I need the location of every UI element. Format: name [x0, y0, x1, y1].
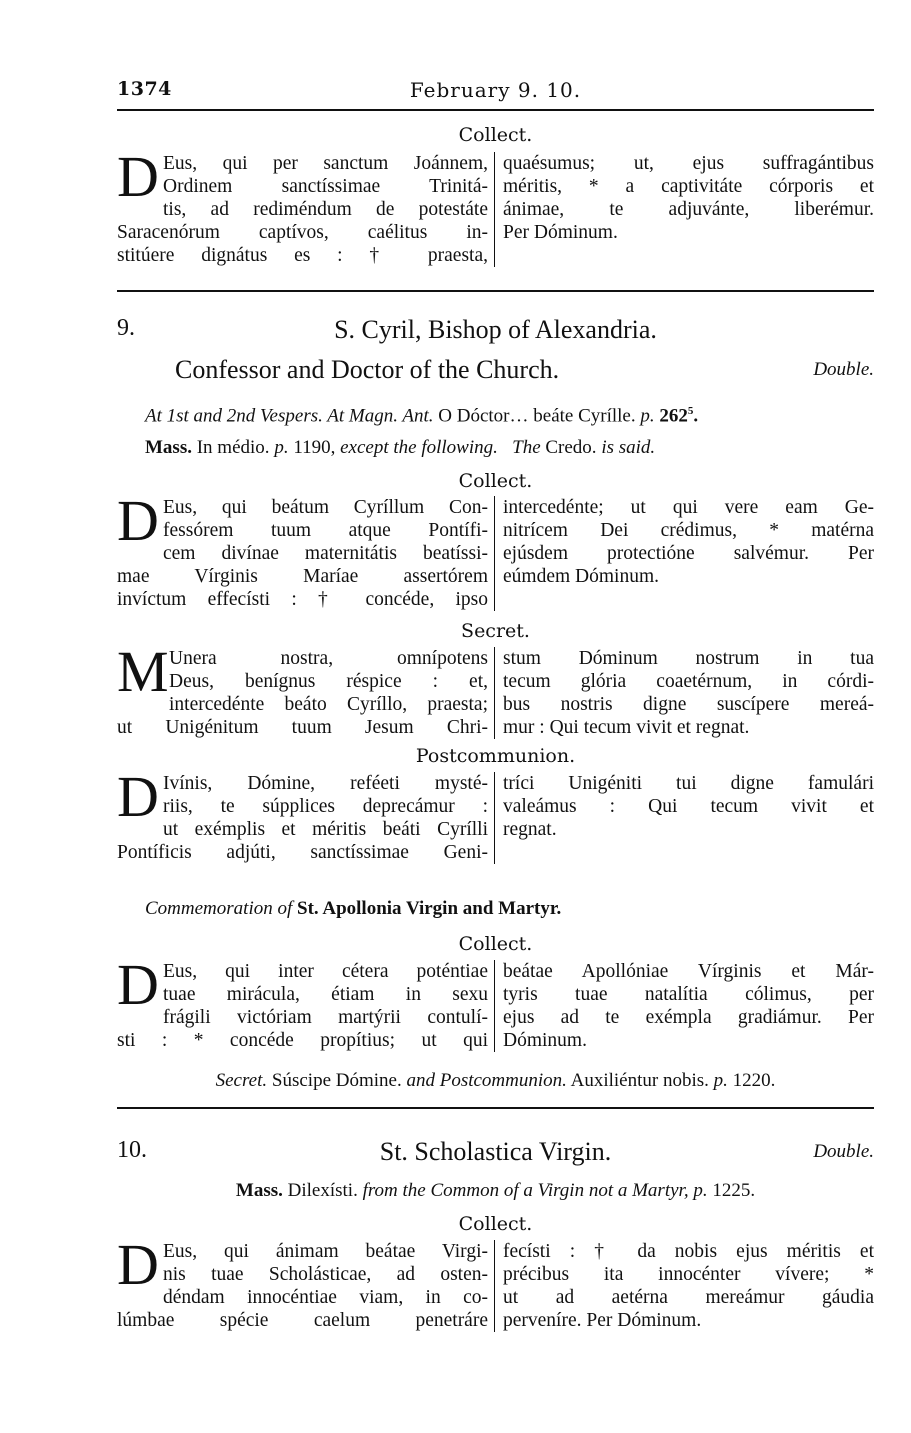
- section-heading-secret: Secret.: [117, 620, 874, 642]
- prayer-line: nis tuae Scholásticae, ad osten-: [117, 1263, 488, 1286]
- prayer-line: ut Unigénitum tuum Jesum Chri-: [117, 716, 488, 739]
- prayer-left-column: D Ivínis, Dómine, reféeti mysté- riis, t…: [117, 772, 495, 864]
- feast-title: S. Cyril, Bishop of Alexandria.: [117, 315, 874, 345]
- prayer-line: quaésumus; ut, ejus suffragántibus: [503, 152, 874, 175]
- prayer-line: cem divínae maternitátis beatíssi-: [117, 542, 488, 565]
- prayer-line: perveníre. Per Dóminum.: [503, 1309, 874, 1332]
- prayer-line: bus nostris digne suscípere mereá-: [503, 693, 874, 716]
- prayer-line: méritis, * a captivitáte córporis et: [503, 175, 874, 198]
- prayer-line: précibus ita innocénter vívere; *: [503, 1263, 874, 1286]
- prayer-right-column: tríci Unigéniti tui digne famulári valeá…: [495, 772, 874, 864]
- feast-heading-9: 9. S. Cyril, Bishop of Alexandria.: [117, 315, 874, 345]
- rubric-italic: p.: [714, 1070, 728, 1091]
- prayer-line: Eus, qui beátum Cyríllum Con-: [117, 496, 488, 519]
- page-ref: 1190,: [289, 437, 341, 458]
- running-head: 1374 February 9. 10.: [117, 78, 874, 100]
- rubric-italic: is said.: [601, 437, 655, 458]
- rubric-italic: and Postcommunion.: [406, 1070, 566, 1091]
- rubric-text: .: [693, 405, 698, 426]
- section-heading-collect: Collect.: [117, 470, 874, 492]
- feast-subtitle: Confessor and Doctor of the Church.: [175, 355, 911, 385]
- prayer-line: fessórem tuum atque Pontífi-: [117, 519, 488, 542]
- prayer-line: tis, ad rediméndum de potestáte: [117, 198, 488, 221]
- mass-rubric: Mass. Dilexísti. from the Common of a Vi…: [117, 1180, 874, 1202]
- section-heading-collect: Collect.: [117, 933, 874, 955]
- prayer-left-column: M Unera nostra, omnípotens Deus, benígnu…: [117, 647, 495, 739]
- prayer-right-column: intercedénte; ut qui vere eam Ge- nitríc…: [495, 496, 874, 611]
- prayer-left-column: D Eus, qui inter cétera poténtiae tuae m…: [117, 960, 495, 1052]
- prayer-line: fecísti : † da nobis ejus méritis et: [503, 1240, 874, 1263]
- prayer-line: mur : Qui tecum vivit et regnat.: [503, 716, 874, 739]
- prayer-line: Per Dóminum.: [503, 221, 874, 244]
- prayer-line: frágili victóriam martýrii contulí-: [117, 1006, 488, 1029]
- prayer-line: ejus ad te exémpla gradiámur. Per: [503, 1006, 874, 1029]
- prayer-line: ut ad aetérna mereámur gáudia: [503, 1286, 874, 1309]
- drop-cap: D: [117, 1242, 163, 1288]
- prayer-line: Eus, qui per sanctum Joánnem,: [117, 152, 488, 175]
- rubric-italic: except the following.: [340, 437, 498, 458]
- header-rule: [117, 109, 874, 111]
- page-ref: 1220.: [728, 1070, 776, 1091]
- collect-prayer-apollonia: D Eus, qui inter cétera poténtiae tuae m…: [117, 960, 874, 1052]
- collect-prayer-cyril: D Eus, qui beátum Cyríllum Con- fessórem…: [117, 496, 874, 611]
- prayer-line: Eus, qui ánimam beátae Virgi-: [117, 1240, 488, 1263]
- page-ref: 262: [655, 405, 688, 426]
- feast-rank: Double.: [813, 359, 874, 381]
- rubric-italic: At 1st and 2nd Vespers. At Magn. Ant.: [145, 405, 434, 426]
- collect-prayer-feb8: D Eus, qui per sanctum Joánnem, Ordinem …: [117, 152, 874, 267]
- section-rule: [117, 1107, 874, 1109]
- section-rule: [117, 290, 874, 292]
- prayer-right-column: fecísti : † da nobis ejus méritis et pré…: [495, 1240, 874, 1332]
- rubric-italic: The: [498, 437, 541, 458]
- prayer-line: tuae mirácula, étiam in sexu: [117, 983, 488, 1006]
- prayer-line: Ordinem sanctíssimae Trinitá-: [117, 175, 488, 198]
- drop-cap: D: [117, 154, 163, 200]
- prayer-line: nitrícem Dei crédimus, * matérna: [503, 519, 874, 542]
- rubric-text: O Dóctor… beáte Cyrílle.: [434, 405, 641, 426]
- prayer-line: intercedénte; ut qui vere eam Ge-: [503, 496, 874, 519]
- prayer-line: eúmdem Dóminum.: [503, 565, 874, 588]
- rubric-italic: from the Common of a Virgin not a Martyr…: [363, 1180, 708, 1201]
- rubric-bold: Mass.: [236, 1180, 283, 1201]
- commemoration-saint: St. Apollonia Virgin and Martyr.: [297, 898, 561, 919]
- prayer-line: invíctum effecísti : † concéde, ipso: [117, 588, 488, 611]
- mass-rubric: Mass. In médio. p. 1190, except the foll…: [145, 437, 902, 459]
- rubric-italic: Secret.: [216, 1070, 268, 1091]
- prayer-line: riis, te súpplices deprecámur :: [117, 795, 488, 818]
- section-heading-postcommunion: Postcommunion.: [117, 745, 874, 767]
- prayer-line: stitúere dignátus es : † praesta,: [117, 244, 488, 267]
- section-heading-collect: Collect.: [117, 1213, 874, 1235]
- feast-rank: Double.: [813, 1141, 874, 1163]
- prayer-line: mae Vírginis Maríae assertórem: [117, 565, 488, 588]
- secret-postcommunion-rubric: Secret. Súscipe Dómine. and Postcommunio…: [117, 1070, 874, 1092]
- feast-heading-10: 10. St. Scholastica Virgin. Double.: [117, 1137, 874, 1167]
- prayer-line: lúmbae spécie caelum penetráre: [117, 1309, 488, 1332]
- prayer-line: tyris tuae natalítia cólimus, per: [503, 983, 874, 1006]
- section-heading-collect: Collect.: [117, 124, 874, 146]
- prayer-right-column: beátae Apollóniae Vírginis et Már- tyris…: [495, 960, 874, 1052]
- prayer-line: valeámus : Qui tecum vivit et: [503, 795, 874, 818]
- postcommunion-prayer-cyril: D Ivínis, Dómine, reféeti mysté- riis, t…: [117, 772, 874, 864]
- prayer-line: intercedénte beáto Cyríllo, praesta;: [117, 693, 488, 716]
- prayer-line: tríci Unigéniti tui digne famulári: [503, 772, 874, 795]
- vespers-rubric: At 1st and 2nd Vespers. At Magn. Ant. O …: [145, 405, 902, 427]
- prayer-left-column: D Eus, qui beátum Cyríllum Con- fessórem…: [117, 496, 495, 611]
- feast-subtitle-row: Confessor and Doctor of the Church. Doub…: [117, 355, 874, 385]
- drop-cap: D: [117, 498, 163, 544]
- prayer-line: déndam innocéntiae viam, in co-: [117, 1286, 488, 1309]
- prayer-left-column: D Eus, qui per sanctum Joánnem, Ordinem …: [117, 152, 495, 267]
- rubric-italic: p.: [274, 437, 288, 458]
- prayer-line: Ivínis, Dómine, reféeti mysté-: [117, 772, 488, 795]
- prayer-line: Unera nostra, omnípotens: [117, 647, 488, 670]
- prayer-line: Eus, qui inter cétera poténtiae: [117, 960, 488, 983]
- rubric-text: Dilexísti.: [283, 1180, 363, 1201]
- prayer-line: ánimae, te adjuvánte, liberémur.: [503, 198, 874, 221]
- prayer-line: Dóminum.: [503, 1029, 874, 1052]
- prayer-line: regnat.: [503, 818, 874, 841]
- drop-cap: M: [117, 649, 169, 695]
- prayer-line: Deus, benígnus réspice : et,: [117, 670, 488, 693]
- prayer-line: sti : * concéde propítius; ut qui: [117, 1029, 488, 1052]
- page-ref: 1225.: [708, 1180, 756, 1201]
- prayer-right-column: quaésumus; ut, ejus suffragántibus mérit…: [495, 152, 874, 267]
- drop-cap: D: [117, 962, 163, 1008]
- prayer-line: tecum glória coaetérnum, in córdi-: [503, 670, 874, 693]
- rubric-text: Auxiliéntur nobis.: [567, 1070, 714, 1091]
- prayer-line: Pontíficis adjúti, sanctíssimae Geni-: [117, 841, 488, 864]
- rubric-text: Súscipe Dómine.: [267, 1070, 406, 1091]
- prayer-left-column: D Eus, qui ánimam beátae Virgi- nis tuae…: [117, 1240, 495, 1332]
- rubric-italic: p.: [640, 405, 654, 426]
- running-title: February 9. 10.: [117, 78, 874, 102]
- rubric-bold: Mass.: [145, 437, 192, 458]
- commemoration-heading: Commemoration of St. Apollonia Virgin an…: [145, 898, 902, 920]
- secret-prayer-cyril: M Unera nostra, omnípotens Deus, benígnu…: [117, 647, 874, 739]
- drop-cap: D: [117, 774, 163, 820]
- prayer-line: beátae Apollóniae Vírginis et Már-: [503, 960, 874, 983]
- collect-prayer-scholastica: D Eus, qui ánimam beátae Virgi- nis tuae…: [117, 1240, 874, 1332]
- prayer-line: Saracenórum captívos, caélitus in-: [117, 221, 488, 244]
- rubric-text: In médio.: [192, 437, 274, 458]
- prayer-right-column: stum Dóminum nostrum in tua tecum glória…: [495, 647, 874, 739]
- prayer-line: stum Dóminum nostrum in tua: [503, 647, 874, 670]
- feast-title: St. Scholastica Virgin.: [117, 1137, 874, 1167]
- prayer-line: ejúsdem protectióne salvémur. Per: [503, 542, 874, 565]
- prayer-line: ut exémplis et méritis beáti Cyrílli: [117, 818, 488, 841]
- rubric-text: Credo.: [541, 437, 602, 458]
- rubric-italic: Commemoration of: [145, 898, 297, 919]
